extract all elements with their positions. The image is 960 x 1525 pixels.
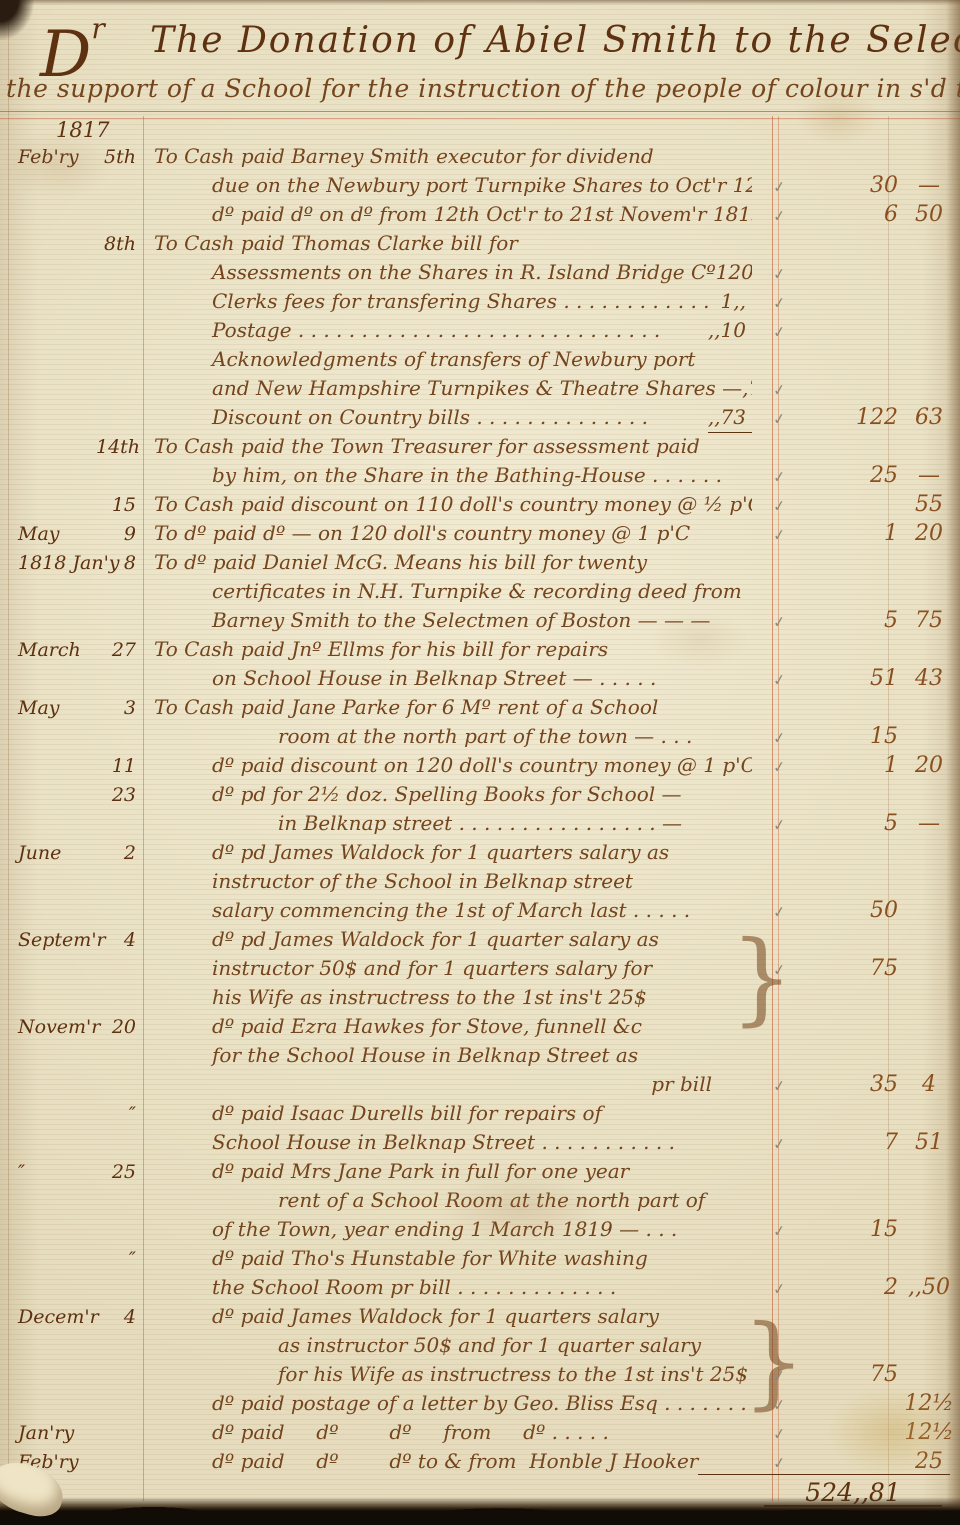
entry-amount-dollars: 5 — [806, 809, 898, 838]
entry-day: 9 — [96, 520, 146, 549]
entry-date: March — [0, 636, 96, 665]
checkmark-icon: ✓ — [752, 811, 806, 840]
checkmark-icon: ✓ — [752, 405, 806, 434]
checkmark-icon — [752, 434, 806, 463]
entry-text: for his Wife as instructress to the 1st … — [146, 1360, 748, 1389]
checkmark-icon: ✓ — [752, 956, 806, 985]
entry-text: for the School House in Belknap Street a… — [146, 1041, 638, 1070]
checkmark-icon: ✓ — [752, 318, 806, 347]
entry-description: for the School House in Belknap Street a… — [146, 1041, 752, 1070]
ledger-row: 1818 Jan'y 8 To dº paid Daniel McG. Mean… — [0, 548, 960, 577]
entry-description: Assessments on the Shares in R. Island B… — [146, 258, 752, 287]
entry-day: 4 — [96, 926, 146, 955]
entry-description: Acknowledgments of transfers of Newbury … — [146, 345, 752, 374]
entry-description: dº paid dº dº from dº . . . . . — [146, 1418, 752, 1447]
entry-amount-dollars: 51 — [806, 664, 898, 693]
ledger-row: on School House in Belknap Street — . . … — [0, 664, 960, 693]
entry-text: dº paid Tho's Hunstable for White washin… — [146, 1244, 648, 1273]
checkmark-icon: ✓ — [752, 1449, 806, 1478]
entry-description: his Wife as instructress to the 1st ins'… — [146, 983, 752, 1012]
entry-text: room at the north part of the town — . .… — [146, 722, 692, 751]
entry-day: 25 — [96, 1158, 146, 1187]
entry-description: To Cash paid Jnº Ellms for his bill for … — [146, 635, 752, 664]
checkmark-icon: ✓ — [752, 463, 806, 492]
entry-text: To Cash paid the Town Treasurer for asse… — [146, 432, 700, 461]
ledger-row: due on the Newbury port Turnpike Shares … — [0, 171, 960, 200]
ledger-row: certificates in N.H. Turnpike & recordin… — [0, 577, 960, 606]
entry-day: 20 — [96, 1013, 146, 1042]
entry-text: of the Town, year ending 1 March 1819 — … — [146, 1215, 677, 1244]
entry-description: To Cash paid Jane Parke for 6 Mº rent of… — [146, 693, 752, 722]
entry-description: rent of a School Room at the north part … — [146, 1186, 752, 1215]
entry-day: 2 — [96, 839, 146, 868]
entry-text: in Belknap street . . . . . . . . . . . … — [146, 809, 682, 838]
checkmark-icon — [752, 1043, 806, 1072]
entry-amount-dollars: 30 — [806, 171, 898, 200]
checkmark-icon: ✓ — [752, 202, 806, 231]
entry-description: To Cash paid Barney Smith executor for d… — [146, 142, 752, 171]
checkmark-icon — [752, 1246, 806, 1275]
ledger-row: of the Town, year ending 1 March 1819 — … — [0, 1215, 960, 1244]
entry-amount-dollars: 1 — [806, 519, 898, 548]
entry-text: dº pd James Waldock for 1 quarters salar… — [146, 838, 669, 867]
entry-text: dº paid dº dº to & from Honble J Hooker — [146, 1447, 698, 1476]
checkmark-icon: ✓ — [752, 173, 806, 202]
ledger-row: 23 dº pd for 2½ doz. Spelling Books for … — [0, 780, 960, 809]
ledger-row: Novem'r 20 dº paid Ezra Hawkes for Stove… — [0, 1012, 960, 1041]
ledger-row: room at the north part of the town — . .… — [0, 722, 960, 751]
checkmark-icon — [752, 347, 806, 376]
entry-text: and New Hampshire Turnpikes & Theatre Sh… — [146, 374, 742, 403]
entry-amount-dollars: 75 — [806, 1360, 898, 1389]
checkmark-icon: ✓ — [752, 492, 806, 521]
ledger-row: Barney Smith to the Selectmen of Boston … — [0, 606, 960, 635]
entry-text: certificates in N.H. Turnpike & recordin… — [146, 577, 742, 606]
ledger-row: Postage . . . . . . . . . . . . . . . . … — [0, 316, 960, 345]
ledger-row: Assessments on the Shares in R. Island B… — [0, 258, 960, 287]
ledger-row: March 27 To Cash paid Jnº Ellms for his … — [0, 635, 960, 664]
entry-date: May — [0, 520, 96, 549]
entry-inline-amount: ,,73 — [708, 403, 752, 433]
entry-text: salary commencing the 1st of March last … — [146, 896, 690, 925]
entry-date: Novem'r — [0, 1013, 96, 1042]
page-edge-right — [946, 0, 960, 1525]
entry-text: Discount on Country bills . . . . . . . … — [146, 403, 648, 433]
ledger-row: and New Hampshire Turnpikes & Theatre Sh… — [0, 374, 960, 403]
entry-description: in Belknap street . . . . . . . . . . . … — [146, 809, 752, 838]
entry-date: Septem'r — [0, 926, 96, 955]
entry-amount-dollars: 25 — [806, 461, 898, 490]
ledger-row: June 2 dº pd James Waldock for 1 quarter… — [0, 838, 960, 867]
ledger-row: ″ dº paid Tho's Hunstable for White wash… — [0, 1244, 960, 1273]
checkmark-icon: ✓ — [752, 260, 806, 289]
entry-description: dº pd for 2½ doz. Spelling Books for Sch… — [146, 780, 752, 809]
entry-amount-dollars: 7 — [806, 1128, 898, 1157]
entry-description: To dº paid dº — on 120 doll's country mo… — [146, 519, 752, 548]
entry-description: instructor of the School in Belknap stre… — [146, 867, 752, 896]
entry-text: To Cash paid Barney Smith executor for d… — [146, 142, 654, 171]
entry-date: Jan'ry — [0, 1419, 96, 1448]
ledger-row: Discount on Country bills . . . . . . . … — [0, 403, 960, 432]
checkmark-icon: ✓ — [752, 289, 806, 318]
entry-text: To dº paid Daniel McG. Means his bill fo… — [146, 548, 647, 577]
entry-description: School House in Belknap Street . . . . .… — [146, 1128, 752, 1157]
entry-text: dº paid dº dº from dº . . . . . — [146, 1418, 609, 1447]
entry-description: of the Town, year ending 1 March 1819 — … — [146, 1215, 752, 1244]
entry-inline-amount: 1,, — [721, 287, 752, 316]
checkmark-icon — [752, 1159, 806, 1188]
entry-amount-dollars: 75 — [806, 954, 898, 983]
ledger-entries: Feb'ry 5th To Cash paid Barney Smith exe… — [0, 142, 960, 1510]
ledger-row: dº paid postage of a letter by Geo. Blis… — [0, 1389, 960, 1418]
entry-text: dº paid Isaac Durells bill for repairs o… — [146, 1099, 602, 1128]
ledger-row: salary commencing the 1st of March last … — [0, 896, 960, 925]
ledger-row: Decem'r 4 dº paid James Waldock for 1 qu… — [0, 1302, 960, 1331]
checkmark-icon — [752, 1101, 806, 1130]
entry-inline-amount: ,,10 — [708, 316, 752, 345]
ledger-row: Septem'r 4 dº pd James Waldock for 1 qua… — [0, 925, 960, 954]
entry-description: dº paid postage of a letter by Geo. Blis… — [146, 1389, 752, 1418]
entry-text: dº pd for 2½ doz. Spelling Books for Sch… — [146, 780, 682, 809]
entry-text: due on the Newbury port Turnpike Shares … — [146, 171, 752, 200]
entry-amount-dollars: 15 — [806, 722, 898, 751]
checkmark-icon — [752, 1014, 806, 1043]
ledger-row: by him, on the Share in the Bathing-Hous… — [0, 461, 960, 490]
entry-description: dº pd James Waldock for 1 quarters salar… — [146, 838, 752, 867]
entry-text: dº paid Mrs Jane Park in full for one ye… — [146, 1157, 629, 1186]
entry-description: as instructor 50$ and for 1 quarter sala… — [146, 1331, 752, 1360]
entry-date: May — [0, 694, 96, 723]
entry-description: dº paid Tho's Hunstable for White washin… — [146, 1244, 752, 1273]
checkmark-icon — [752, 637, 806, 666]
entry-inline-amount — [712, 1070, 718, 1099]
checkmark-icon — [752, 985, 806, 1014]
entry-text: To Cash paid Jane Parke for 6 Mº rent of… — [146, 693, 658, 722]
entry-day: ″ — [96, 1245, 146, 1274]
entry-text: pr bill — [643, 1070, 712, 1099]
checkmark-icon — [752, 782, 806, 811]
entry-day: 27 — [96, 636, 146, 665]
entry-date: ″ — [0, 1158, 96, 1187]
entry-description: dº paid James Waldock for 1 quarters sal… — [146, 1302, 752, 1331]
ledger-row: instructor 50$ and for 1 quarters salary… — [0, 954, 960, 983]
entry-text: dº paid Ezra Hawkes for Stove, funnell &… — [146, 1012, 642, 1041]
ledger-row: dº paid dº on dº from 12th Oct'r to 21st… — [0, 200, 960, 229]
checkmark-icon: ✓ — [752, 1072, 806, 1101]
ledger-row: for the School House in Belknap Street a… — [0, 1041, 960, 1070]
entry-inline-amount: 120 — — [716, 258, 752, 287]
entry-description: instructor 50$ and for 1 quarters salary… — [146, 954, 752, 983]
entry-description: dº paid Isaac Durells bill for repairs o… — [146, 1099, 752, 1128]
entry-description: dº pd James Waldock for 1 quarter salary… — [146, 925, 752, 954]
entry-text: the School Room pr bill . . . . . . . . … — [146, 1273, 616, 1302]
entry-description: To Cash paid the Town Treasurer for asse… — [146, 432, 752, 461]
ledger-row: pr bill ✓ 35 4 — [0, 1070, 960, 1099]
entry-description: by him, on the Share in the Bathing-Hous… — [146, 461, 752, 490]
entry-date: Decem'r — [0, 1303, 96, 1332]
ledger-row: as instructor 50$ and for 1 quarter sala… — [0, 1331, 960, 1360]
entry-text: on School House in Belknap Street — . . … — [146, 664, 656, 693]
entry-description: Postage . . . . . . . . . . . . . . . . … — [146, 316, 752, 345]
entry-amount-dollars: 50 — [806, 896, 898, 925]
entry-text: Barney Smith to the Selectmen of Boston … — [146, 606, 710, 635]
entry-day: 8 — [96, 549, 146, 578]
checkmark-icon — [752, 1333, 806, 1362]
checkmark-icon: ✓ — [752, 1362, 806, 1391]
ledger-row: School House in Belknap Street . . . . .… — [0, 1128, 960, 1157]
ledger-row: Acknowledgments of transfers of Newbury … — [0, 345, 960, 374]
page-edge-bottom — [0, 1483, 960, 1525]
ledger-row: in Belknap street . . . . . . . . . . . … — [0, 809, 960, 838]
checkmark-icon: ✓ — [752, 1130, 806, 1159]
entry-day: ″ — [96, 1100, 146, 1129]
entry-day: 11 — [96, 752, 146, 781]
entry-description: for his Wife as instructress to the 1st … — [146, 1360, 752, 1389]
entry-text: as instructor 50$ and for 1 quarter sala… — [146, 1331, 701, 1360]
checkmark-icon: ✓ — [752, 1217, 806, 1246]
checkmark-icon — [752, 927, 806, 956]
checkmark-icon — [752, 869, 806, 898]
entry-text: Assessments on the Shares in R. Island B… — [146, 258, 716, 287]
checkmark-icon: ✓ — [752, 1391, 806, 1420]
entry-text: To Cash paid Jnº Ellms for his bill for … — [146, 635, 608, 664]
ledger-row: instructor of the School in Belknap stre… — [0, 867, 960, 896]
debit-superscript: r — [91, 12, 104, 45]
checkmark-icon — [752, 695, 806, 724]
ledger-row: 11 dº paid discount on 120 doll's countr… — [0, 751, 960, 780]
entry-day: 3 — [96, 694, 146, 723]
checkmark-icon: ✓ — [752, 1420, 806, 1449]
checkmark-icon — [752, 550, 806, 579]
entry-description: To Cash paid discount on 110 doll's coun… — [146, 490, 752, 519]
ledger-row: May 3 To Cash paid Jane Parke for 6 Mº r… — [0, 693, 960, 722]
entry-description: dº paid dº on dº from 12th Oct'r to 21st… — [146, 200, 752, 229]
page-edge-top — [0, 0, 960, 5]
checkmark-icon — [752, 144, 806, 173]
ledger-row: 15 To Cash paid discount on 110 doll's c… — [0, 490, 960, 519]
entry-description: and New Hampshire Turnpikes & Theatre Sh… — [146, 374, 752, 403]
entry-text: rent of a School Room at the north part … — [146, 1186, 705, 1215]
checkmark-icon: ✓ — [752, 666, 806, 695]
entry-text: dº paid postage of a letter by Geo. Blis… — [146, 1389, 752, 1418]
entry-amount-dollars: 15 — [806, 1215, 898, 1244]
ledger-row: the School Room pr bill . . . . . . . . … — [0, 1273, 960, 1302]
entry-text: his Wife as instructress to the 1st ins'… — [146, 983, 647, 1012]
checkmark-icon: ✓ — [752, 898, 806, 927]
entry-description: pr bill — [146, 1070, 752, 1099]
entry-description: dº paid Mrs Jane Park in full for one ye… — [146, 1157, 752, 1186]
entry-date: 1818 Jan'y — [0, 549, 96, 578]
entry-description: Discount on Country bills . . . . . . . … — [146, 403, 752, 433]
entry-date: Feb'ry — [0, 143, 96, 172]
ledger-row: ″ dº paid Isaac Durells bill for repairs… — [0, 1099, 960, 1128]
page-title-line1: The Donation of Abiel Smith to the Selec… — [150, 20, 960, 61]
ledger-row: 8th To Cash paid Thomas Clarke bill for — [0, 229, 960, 258]
checkmark-icon: ✓ — [752, 753, 806, 782]
entry-day: 14th — [96, 433, 146, 462]
checkmark-icon: ✓ — [752, 608, 806, 637]
entry-description: on School House in Belknap Street — . . … — [146, 664, 752, 693]
entry-description: dº paid discount on 120 doll's country m… — [146, 751, 752, 780]
entry-text: To Cash paid discount on 110 doll's coun… — [146, 490, 752, 519]
entry-text: Postage . . . . . . . . . . . . . . . . … — [146, 316, 660, 345]
entry-day: 15 — [96, 491, 146, 520]
entry-description: due on the Newbury port Turnpike Shares … — [146, 171, 752, 200]
entry-text: Clerks fees for transfering Shares . . .… — [146, 287, 710, 316]
ledger-row: May 9 To dº paid dº — on 120 doll's coun… — [0, 519, 960, 548]
entry-description: dº paid Ezra Hawkes for Stove, funnell &… — [146, 1012, 752, 1041]
checkmark-icon — [752, 579, 806, 608]
ledger-row: Jan'ry dº paid dº dº from dº . . . . . ✓… — [0, 1418, 960, 1447]
page-title-line2: the support of a School for the instruct… — [6, 74, 960, 103]
entry-description: Clerks fees for transfering Shares . . .… — [146, 287, 752, 316]
entry-description: salary commencing the 1st of March last … — [146, 896, 752, 925]
entry-description: To Cash paid Thomas Clarke bill for — [146, 229, 752, 258]
entry-amount-dollars: 1 — [806, 751, 898, 780]
header-rule-horizontal — [0, 111, 960, 119]
entry-description: certificates in N.H. Turnpike & recordin… — [146, 577, 752, 606]
checkmark-icon: ✓ — [752, 521, 806, 550]
entry-amount-dollars: 35 — [806, 1070, 898, 1099]
ledger-page: Dr The Donation of Abiel Smith to the Se… — [0, 0, 960, 1525]
entry-description: the School Room pr bill . . . . . . . . … — [146, 1273, 752, 1302]
entry-amount-dollars: 6 — [806, 200, 898, 229]
entry-description: dº paid dº dº to & from Honble J Hooker — [146, 1447, 752, 1476]
entry-date: June — [0, 839, 96, 868]
checkmark-icon — [752, 1188, 806, 1217]
entry-amount-dollars: 122 — [806, 403, 898, 432]
entry-amount-dollars: 5 — [806, 606, 898, 635]
entry-text: instructor of the School in Belknap stre… — [146, 867, 633, 896]
year-label: 1817 — [56, 118, 109, 142]
entry-text: dº paid discount on 120 doll's country m… — [146, 751, 752, 780]
page-corner-top-left — [0, 0, 34, 40]
ledger-row: ″ 25 dº paid Mrs Jane Park in full for o… — [0, 1157, 960, 1186]
entry-description: Barney Smith to the Selectmen of Boston … — [146, 606, 752, 635]
entry-text: dº paid dº on dº from 12th Oct'r to 21st… — [146, 200, 752, 229]
entry-day: 8th — [96, 230, 146, 259]
entry-description: To dº paid Daniel McG. Means his bill fo… — [146, 548, 752, 577]
entry-text: dº paid James Waldock for 1 quarters sal… — [146, 1302, 659, 1331]
checkmark-icon: ✓ — [752, 1275, 806, 1304]
checkmark-icon — [752, 231, 806, 260]
entry-text: dº pd James Waldock for 1 quarter salary… — [146, 925, 659, 954]
checkmark-icon: ✓ — [752, 376, 806, 405]
entry-text: Acknowledgments of transfers of Newbury … — [146, 345, 695, 374]
entry-day: 23 — [96, 781, 146, 810]
ledger-row: 14th To Cash paid the Town Treasurer for… — [0, 432, 960, 461]
entry-text: instructor 50$ and for 1 quarters salary… — [146, 954, 652, 983]
ledger-row: Feb'ry 5th To Cash paid Barney Smith exe… — [0, 142, 960, 171]
entry-text: To Cash paid Thomas Clarke bill for — [146, 229, 518, 258]
entry-text: To dº paid dº — on 120 doll's country mo… — [146, 519, 690, 548]
checkmark-icon: ✓ — [752, 724, 806, 753]
entry-description: room at the north part of the town — . .… — [146, 722, 752, 751]
checkmark-icon — [752, 840, 806, 869]
entry-amount-dollars: 2 — [806, 1273, 898, 1302]
ledger-row: for his Wife as instructress to the 1st … — [0, 1360, 960, 1389]
ledger-row: his Wife as instructress to the 1st ins'… — [0, 983, 960, 1012]
entry-day: 5th — [96, 143, 146, 172]
entry-day: 4 — [96, 1303, 146, 1332]
entry-inline-amount: ,75 — [742, 374, 752, 403]
ledger-row: Clerks fees for transfering Shares . . .… — [0, 287, 960, 316]
ledger-row: Feb'ry dº paid dº dº to & from Honble J … — [0, 1447, 960, 1476]
entry-text: School House in Belknap Street . . . . .… — [146, 1128, 675, 1157]
checkmark-icon — [752, 1304, 806, 1333]
entry-text: by him, on the Share in the Bathing-Hous… — [146, 461, 722, 490]
ledger-row: rent of a School Room at the north part … — [0, 1186, 960, 1215]
